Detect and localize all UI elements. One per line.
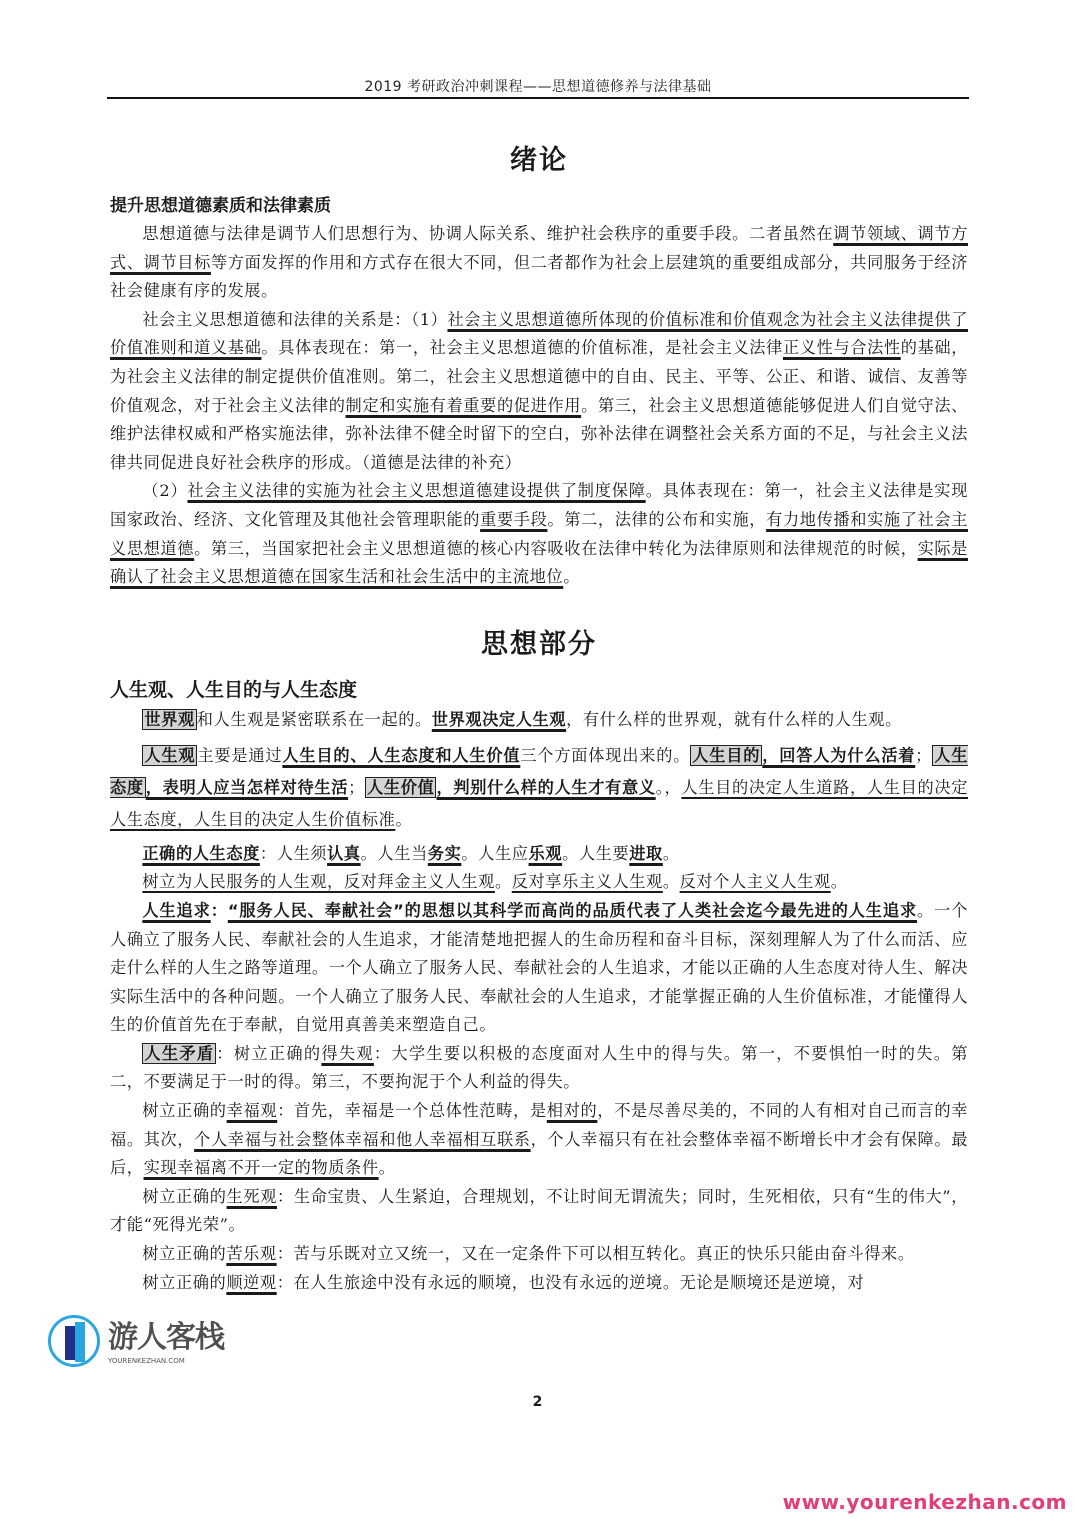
thought-paragraph-6: 人生矛盾：树立正确的得失观：大学生要以积极的态度面对人生中的得与失。第一，不要惧… <box>110 1040 968 1097</box>
page-header-title: 2019 考研政治冲刺课程——思想道德修养与法律基础 <box>107 76 969 96</box>
chapter-title-intro: 绪论 <box>110 138 968 177</box>
thought-paragraph-3: 正确的人生态度：人生须认真。人生当务实。人生应乐观。人生要进取。 <box>110 840 968 869</box>
document-body: 绪论 提升思想道德素质和法律素质 思想道德与法律是调节人们思想行为、协调人际关系… <box>110 130 968 1297</box>
chapter-title-thought: 思想部分 <box>110 622 968 661</box>
watermark-sub: YOURENKEZHAN.COM <box>108 1357 185 1365</box>
thought-paragraph-10: 树立正确的顺逆观：在人生旅途中没有永远的顺境，也没有永远的逆境。无论是顺境还是逆… <box>110 1269 968 1298</box>
thought-paragraph-5: 人生追求：“服务人民、奉献社会”的思想以其科学而高尚的品质代表了人类社会迄今最先… <box>110 897 968 1040</box>
intro-paragraph-2: 社会主义思想道德和法律的关系是：（1）社会主义思想道德所体现的价值标准和价值观念… <box>110 306 968 478</box>
intro-paragraph-3: （2）社会主义法律的实施为社会主义思想道德建设提供了制度保障。具体表现在：第一，… <box>110 477 968 591</box>
thought-paragraph-7: 树立正确的幸福观：首先，幸福是一个总体性范畴，是相对的，不是尽善尽美的，不同的人… <box>110 1097 968 1183</box>
thought-paragraph-2: 人生观主要是通过人生目的、人生态度和人生价值三个方面体现出来的。人生目的，回答人… <box>110 740 968 836</box>
thought-paragraph-8: 树立正确的生死观：生命宝贵、人生紧迫，合理规划，不让时间无谓流失；同时，生死相依… <box>110 1183 968 1240</box>
thought-paragraph-4: 树立为人民服务的人生观，反对拜金主义人生观。反对享乐主义人生观。反对个人主义人生… <box>110 868 968 897</box>
watermark-brand: 游人客栈 <box>108 1312 224 1356</box>
thought-paragraph-9: 树立正确的苦乐观：苦与乐既对立又统一，又在一定条件下可以相互转化。真正的快乐只能… <box>110 1240 968 1269</box>
watermark-url: www.yourenkezhan.com <box>783 1490 1067 1514</box>
page-number: 2 <box>0 1394 1075 1410</box>
intro-paragraph-1: 思想道德与法律是调节人们思想行为、协调人际关系、维护社会秩序的重要手段。二者虽然… <box>110 220 968 306</box>
section-title-life-view: 人生观、人生目的与人生态度 <box>110 675 968 702</box>
header-rule <box>107 97 969 99</box>
watermark-logo-icon <box>48 1315 100 1367</box>
section-title-intro: 提升思想道德素质和法律素质 <box>110 191 968 216</box>
thought-paragraph-1: 世界观和人生观是紧密联系在一起的。世界观决定人生观，有什么样的世界观，就有什么样… <box>110 704 968 736</box>
